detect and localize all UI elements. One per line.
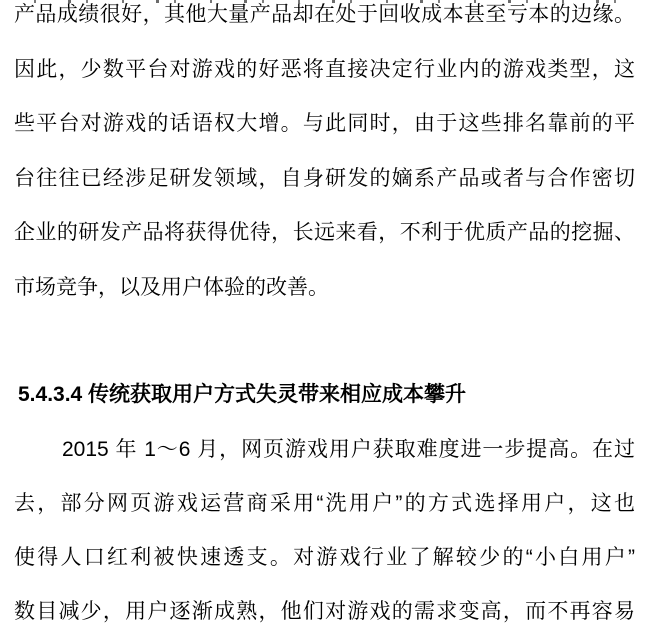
paragraph1-line-6: 市场竞争，以及用户体验的改善。 [14,274,635,302]
section-heading: 5.4.3.4 传统获取用户方式失灵带来相应成本攀升 [18,381,635,409]
paragraph1-line-2: 因此，少数平台对游戏的好恶将直接决定行业内的游戏类型，这 [14,56,635,84]
document-page: 产品成绩很好，其他大量产品却在处于回收成本甚至亏本的边缘。 因此，少数平台对游戏… [0,0,650,631]
paragraph1-line-4: 台往往已经涉足研发领域，自身研发的嫡系产品或者与合作密切 [14,165,635,193]
paragraph2-line-2: 去，部分网页游戏运营商采用“洗用户”的方式选择用户，这也 [14,490,635,518]
paragraph2-line-1: 2015 年 1～6 月，网页游戏用户获取难度进一步提高。在过 [14,436,635,464]
paragraph1-line-5: 企业的研发产品将获得优待，长远来看，不利于优质产品的挖掘、 [14,219,635,247]
paragraph1-line-1: 产品成绩很好，其他大量产品却在处于回收成本甚至亏本的边缘。 [14,1,635,29]
paragraph2-line-3: 使得人口红利被快速透支。对游戏行业了解较少的“小白用户” [14,544,635,572]
paragraph1-line-3: 些平台对游戏的话语权大增。与此同时，由于这些排名靠前的平 [14,110,635,138]
paragraph2-line-4: 数目减少，用户逐渐成熟，他们对游戏的需求变高，而不再容易 [14,598,635,626]
